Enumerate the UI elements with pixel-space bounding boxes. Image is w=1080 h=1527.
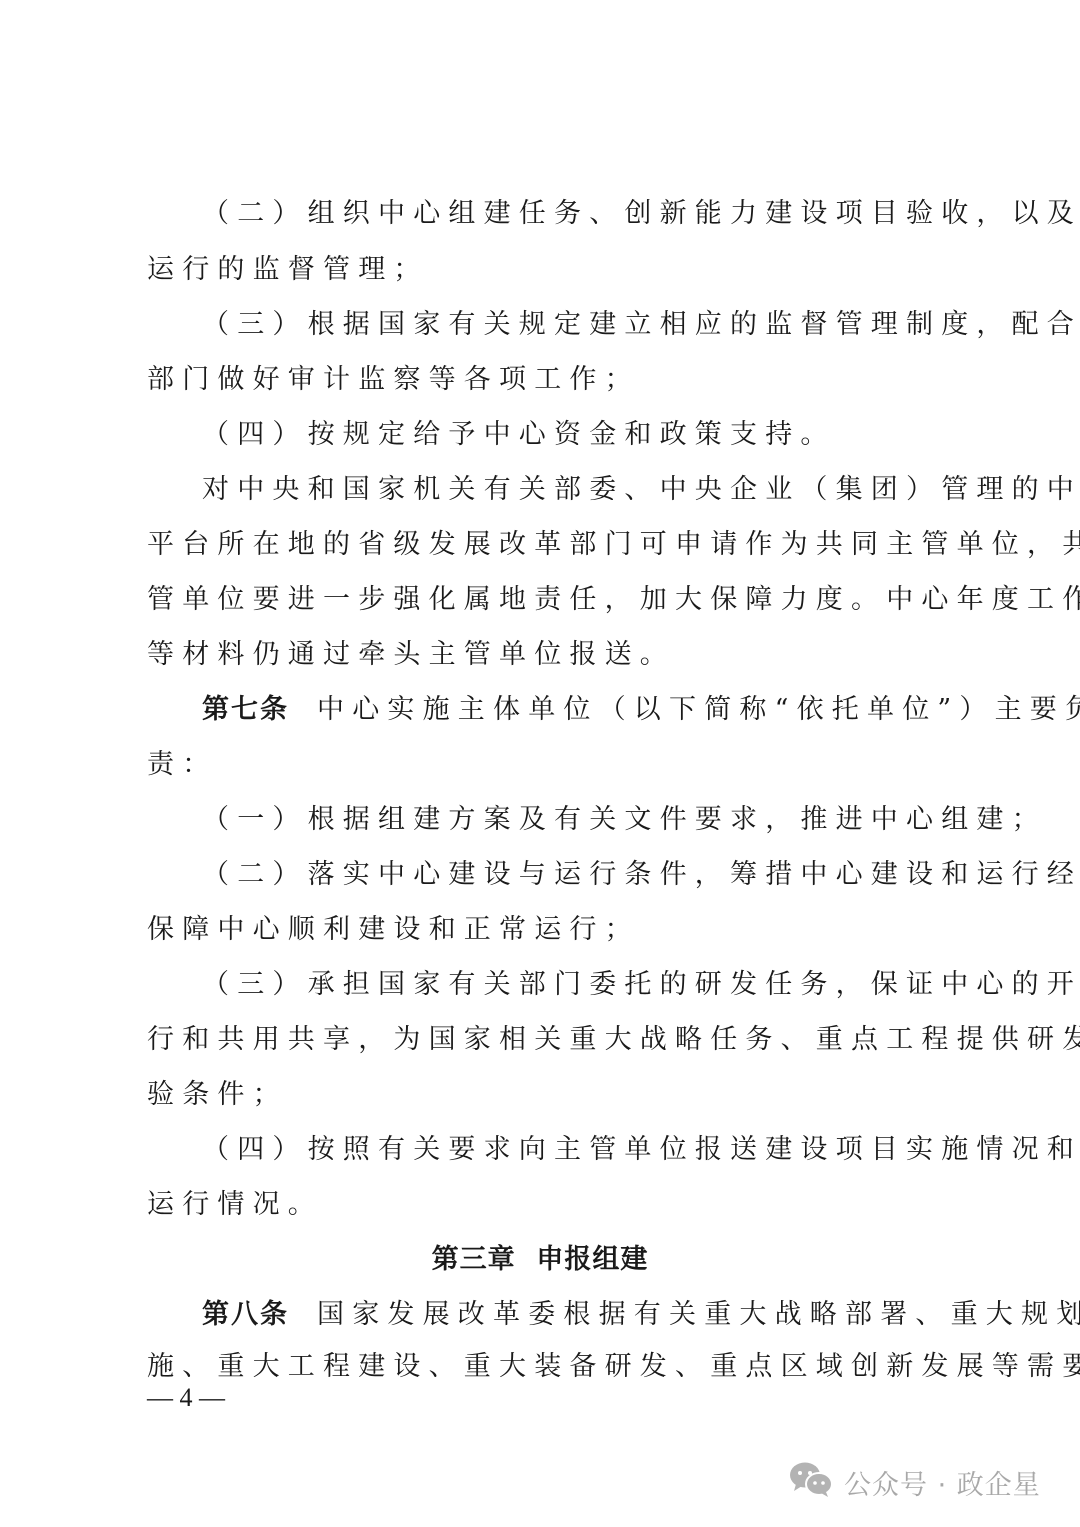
document-page: （二）组织中心组建任务、创新能力建设项目验收，以及中心 运行的监督管理； （三）… bbox=[0, 0, 1080, 1527]
article-7-item: （四）按照有关要求向主管单位报送建设项目实施情况和中心 bbox=[202, 1132, 992, 1168]
chapter-title: 第三章 申报组建 bbox=[0, 1242, 1080, 1278]
paragraph-line: 对中央和国家机关有关部委、中央企业（集团）管理的中心， bbox=[202, 472, 992, 508]
article-7-text: 中心实施主体单位（以下简称“依托单位”）主要负 bbox=[317, 694, 1080, 725]
paragraph-line: 等材料仍通过牵头主管单位报送。 bbox=[147, 637, 937, 673]
article-8-continuation: 施、重大工程建设、重大装备研发、重点区域创新发展等需要，坚 bbox=[147, 1349, 937, 1385]
article-7-label: 第七条 bbox=[202, 694, 289, 725]
watermark-text: 公众号 · 政企星 bbox=[844, 1463, 1041, 1502]
article-8-text: 国家发展改革委根据有关重大战略部署、重大规划实 bbox=[317, 1299, 1080, 1330]
article-7-item: 验条件； bbox=[147, 1077, 937, 1113]
paragraph-line: （四）按规定给予中心资金和政策支持。 bbox=[202, 417, 992, 453]
article-7-continuation: 责： bbox=[147, 747, 937, 783]
article-7-item: （三）承担国家有关部门委托的研发任务，保证中心的开放运 bbox=[202, 967, 992, 1003]
article-7-item: （二）落实中心建设与运行条件，筹措中心建设和运行经费， bbox=[202, 857, 992, 893]
paragraph-line: （三）根据国家有关规定建立相应的监督管理制度，配合有关 bbox=[202, 307, 992, 343]
article-7-item: 保障中心顺利建设和正常运行； bbox=[147, 912, 937, 948]
paragraph-line: 管单位要进一步强化属地责任，加大保障力度。中心年度工作报告 bbox=[147, 582, 937, 618]
article-7-item: （一）根据组建方案及有关文件要求，推进中心组建； bbox=[202, 802, 992, 838]
article-7-line: 第七条中心实施主体单位（以下简称“依托单位”）主要负 bbox=[202, 692, 992, 728]
article-8-line: 第八条国家发展改革委根据有关重大战略部署、重大规划实 bbox=[202, 1297, 992, 1333]
article-7-item: 运行情况。 bbox=[147, 1187, 937, 1223]
paragraph-line: 运行的监督管理； bbox=[147, 252, 937, 288]
wechat-icon bbox=[788, 1460, 844, 1505]
watermark: 公众号 · 政企星 bbox=[788, 1462, 1041, 1502]
paragraph-line: 平台所在地的省级发展改革部门可申请作为共同主管单位，共同主 bbox=[147, 527, 937, 563]
page-number: — 4 — bbox=[147, 1382, 225, 1414]
article-8-label: 第八条 bbox=[202, 1299, 289, 1330]
paragraph-line: 部门做好审计监察等各项工作； bbox=[147, 362, 937, 398]
article-7-item: 行和共用共享，为国家相关重大战略任务、重点工程提供研发和试 bbox=[147, 1022, 937, 1058]
paragraph-line: （二）组织中心组建任务、创新能力建设项目验收，以及中心 bbox=[202, 196, 992, 232]
